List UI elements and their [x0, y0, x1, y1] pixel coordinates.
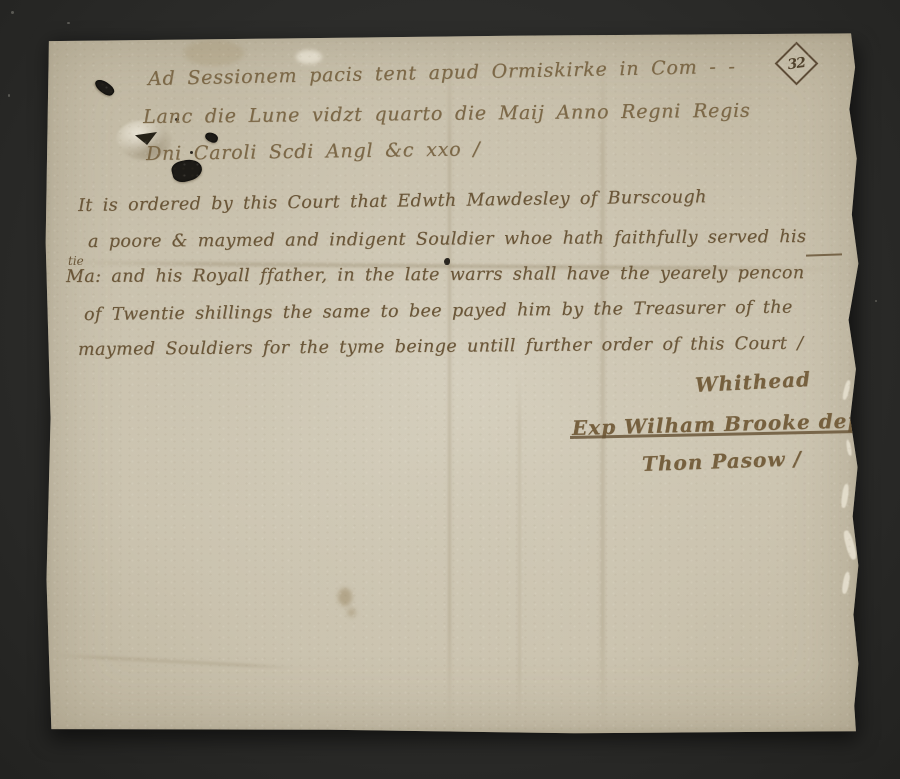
stain [338, 588, 352, 606]
body-line-4: of Twentie shillings the same to bee pay… [84, 298, 793, 325]
dust-speck [8, 94, 10, 97]
signature-3: Thon Pasow / [642, 446, 803, 476]
stain [184, 40, 244, 66]
torn-edge-fibre [846, 440, 853, 456]
paper-bump-highlight [296, 50, 322, 64]
stain [347, 608, 356, 617]
body-line-2: a poore & maymed and indigent Souldier w… [88, 227, 807, 252]
body-line-3: Ma: and his Royall ffather, in the late … [66, 263, 805, 287]
body-line-5: maymed Souldiers for the tyme beinge unt… [78, 334, 804, 360]
dust-speck [875, 300, 877, 302]
manuscript-paper: 32 Ad Sessionem pacis tent apud Ormiskir… [44, 32, 860, 734]
dust-speck [11, 11, 14, 14]
heading-line-3: Dni Caroli Scdi Angl &c xxo / [146, 138, 481, 165]
folio-number-diamond: 32 [775, 42, 819, 86]
photo-background: { "photo": { "background_color": "#2c2c2… [0, 0, 900, 779]
torn-edge-fibre [841, 572, 851, 595]
folio-number: 32 [787, 54, 807, 72]
corner-crease [54, 654, 294, 670]
torn-edge-fibre [840, 484, 849, 509]
vertical-fold-crease [518, 372, 521, 722]
ink-speck [444, 258, 450, 265]
dust-speck [67, 22, 70, 24]
heading-line-2: Lanc die Lune vidzt quarto die Maij Anno… [143, 100, 751, 128]
hole-tear [93, 77, 116, 99]
underline-mark [806, 253, 842, 256]
signature-1: Whithead [694, 367, 811, 397]
torn-edge-fibre [842, 380, 852, 401]
vertical-fold-crease [600, 52, 605, 730]
body-line-1: It is ordered by this Court that Edwth M… [78, 187, 707, 216]
superscript-matie: tie [68, 254, 84, 268]
